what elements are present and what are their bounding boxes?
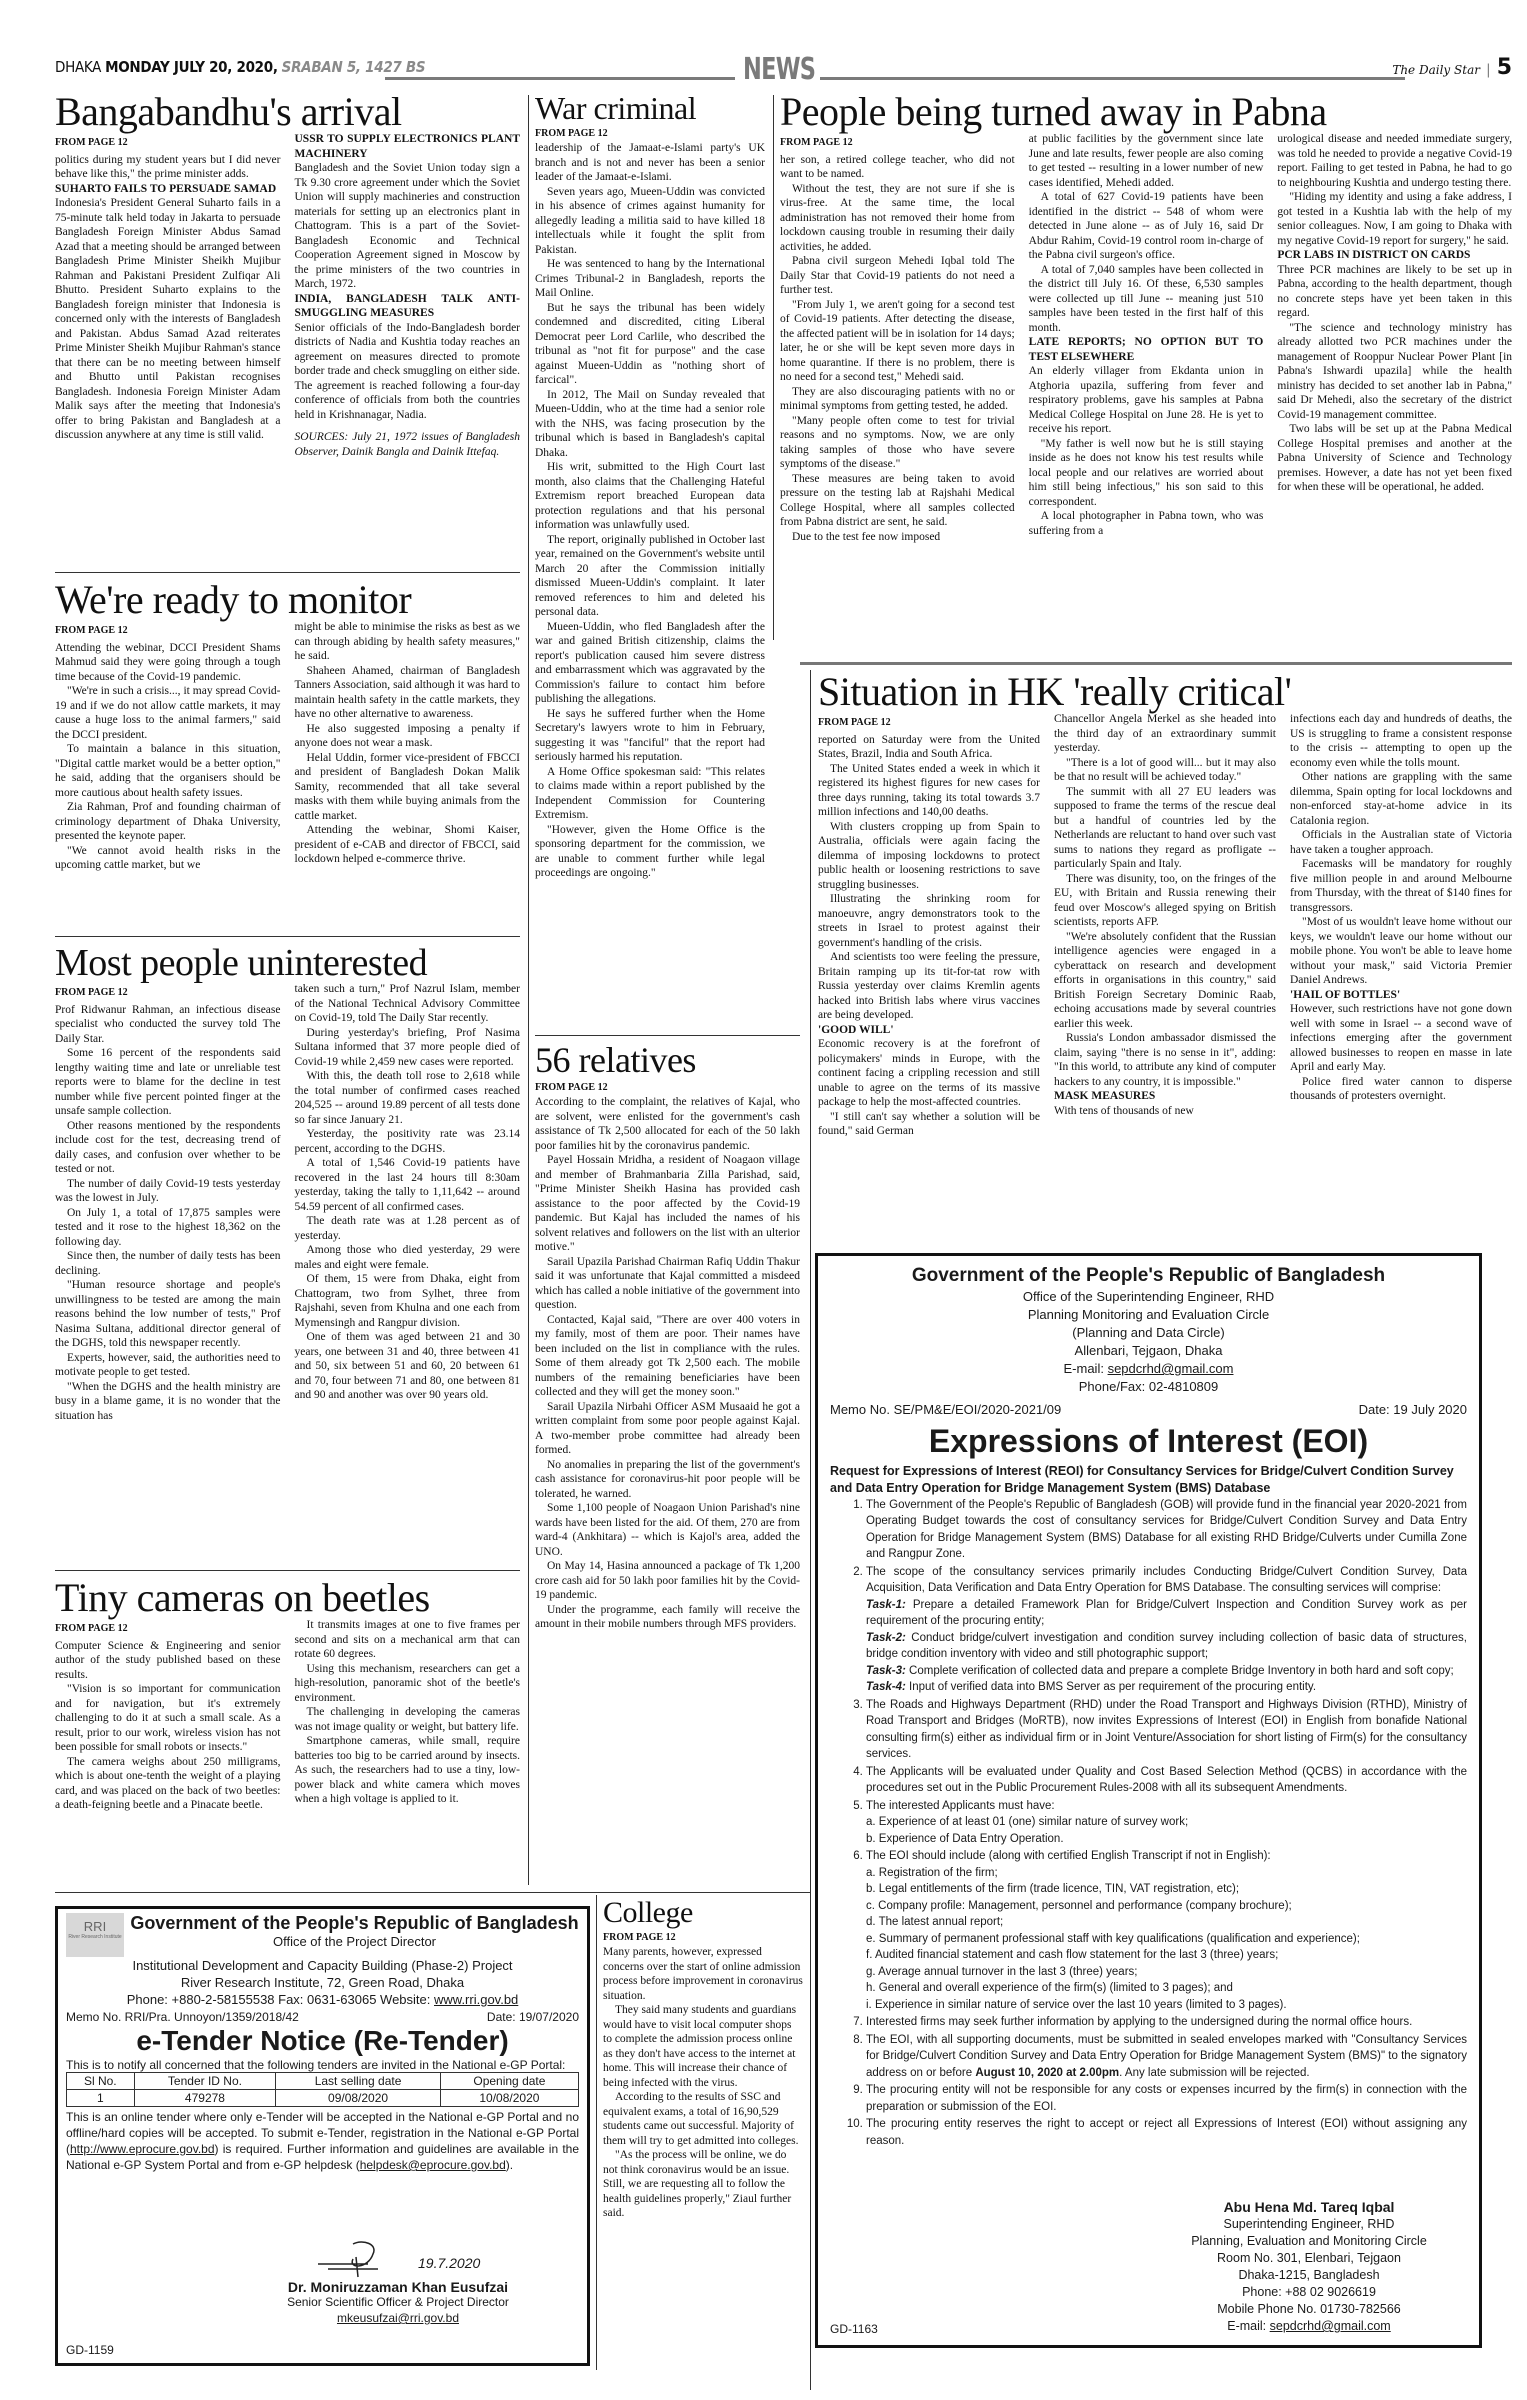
paragraph: Prof Ridwanur Rahman, an infectious dise…	[55, 1003, 281, 1047]
paragraph: Helal Uddin, former vice-president of FB…	[295, 751, 521, 824]
ad-code: GD-1163	[830, 2321, 878, 2338]
email-label: E-mail:	[1227, 2319, 1269, 2333]
paragraph: The challenging in developing the camera…	[295, 1705, 521, 1734]
paragraph: "There is a lot of good will... but it m…	[1054, 756, 1276, 785]
paragraph: One of them was aged between 21 and 30 y…	[295, 1330, 521, 1403]
signature-scribble: 19.7.2020	[268, 2239, 528, 2279]
article-bangabandhu: Bangabandhu's arrival FROM PAGE 12 polit…	[55, 92, 520, 459]
paragraph: "I still can't say whether a solution wi…	[818, 1110, 1040, 1139]
section-rule	[535, 1035, 800, 1036]
paragraph: Other nations are grappling with the sam…	[1290, 770, 1512, 828]
ad-circle: Planning Monitoring and Evaluation Circl…	[830, 1306, 1467, 1324]
sources-note: SOURCES: July 21, 1972 issues of Banglad…	[295, 430, 521, 459]
paragraph: They are also discouraging patients with…	[780, 385, 1015, 414]
paragraph: Under the programme, each family will re…	[535, 1603, 800, 1632]
paragraph: The summit with all 27 EU leaders was su…	[1054, 785, 1276, 872]
eoi-clause: The Applicants will be evaluated under Q…	[866, 1764, 1467, 1797]
table-header: Last selling date	[276, 2073, 440, 2090]
paragraph: "Human resource shortage and people's un…	[55, 1278, 281, 1351]
subheading: PCR LABS IN DISTRICT ON CARDS	[1277, 248, 1512, 263]
ad-contact: Phone: +880-2-58155538 Fax: 0631-63065 W…	[66, 1991, 579, 2008]
article-column: Chancellor Angela Merkel as she headed i…	[1054, 712, 1276, 1139]
task-item: Task-1: Prepare a detailed Framework Pla…	[866, 1597, 1467, 1630]
article-column: Many parents, however, expressed concern…	[603, 1945, 803, 2221]
paragraph: His writ, submitted to the High Court la…	[535, 460, 765, 533]
tender-table: Sl No. Tender ID No. Last selling date O…	[66, 2072, 579, 2107]
ad-body: This is an online tender where only e-Te…	[66, 2109, 579, 2173]
headline: People being turned away in Pabna	[780, 92, 1512, 132]
subheading: MASK MEASURES	[1054, 1089, 1276, 1104]
task-item: Task-2: Conduct bridge/culvert investiga…	[866, 1630, 1467, 1663]
paragraph: Computer Science & Engineering and senio…	[55, 1639, 281, 1683]
ad-title: Expressions of Interest (EOI)	[830, 1419, 1467, 1463]
from-page-label: FROM PAGE 12	[818, 716, 1040, 731]
column-rule	[596, 1895, 597, 2370]
article-column: USSR TO SUPPLY ELECTRONICS PLANT MACHINE…	[295, 132, 521, 459]
paragraph: Chancellor Angela Merkel as she headed i…	[1054, 712, 1276, 756]
task-text: Complete verification of collected data …	[906, 1665, 1454, 1677]
paragraph: The camera weighs about 250 milligrams, …	[55, 1755, 281, 1813]
requirement-item: b. Experience of Data Entry Operation.	[866, 1831, 1467, 1848]
section-rule	[55, 1892, 810, 1893]
paragraph: Due to the test fee now imposed	[780, 530, 1015, 545]
paragraph: "The science and technology ministry has…	[1277, 321, 1512, 423]
paragraph: Three PCR machines are likely to be set …	[1277, 263, 1512, 321]
paragraph: Indonesia's President General Suharto fa…	[55, 196, 281, 443]
masthead: DHAKA MONDAY JULY 20, 2020, SRABAN 5, 14…	[55, 58, 1512, 80]
signer-email: E-mail: sepdcrhd@gmail.com	[1179, 2318, 1439, 2335]
from-page-label: FROM PAGE 12	[780, 136, 1015, 151]
article-column: leadership of the Jamaat-e-Islami party'…	[535, 141, 765, 881]
masthead-rule-right	[820, 77, 1405, 80]
article-hk-critical: Situation in HK 'really critical' FROM P…	[818, 672, 1512, 1139]
section-rule	[55, 572, 520, 573]
table-cell: 1	[67, 2090, 135, 2107]
dateline-city: DHAKA	[55, 58, 101, 76]
memo-number: Memo No. RRI/Pra. Unnoyon/1359/2018/42	[66, 2010, 299, 2024]
headline: College	[603, 1898, 803, 1928]
from-page-label: FROM PAGE 12	[535, 1082, 800, 1093]
include-item: i. Experience in similar nature of servi…	[866, 1997, 1467, 2014]
paragraph: With tens of thousands of new	[1054, 1104, 1276, 1119]
paragraph: He also suggested imposing a penalty if …	[295, 722, 521, 751]
memo-row: Memo No. SE/PM&E/EOI/2020-2021/09 Date: …	[830, 1402, 1467, 1419]
paragraph: Police fired water cannon to disperse th…	[1290, 1075, 1512, 1104]
article-56-relatives: 56 relatives FROM PAGE 12 According to t…	[535, 1042, 800, 1632]
paragraph: "When the DGHS and the health ministry a…	[55, 1380, 281, 1424]
subheading: 'HAIL OF BOTTLES'	[1290, 988, 1512, 1003]
paragraph: To maintain a balance in this situation,…	[55, 742, 281, 800]
paragraph: "Hiding my identity and using a fake add…	[1277, 190, 1512, 248]
headline: Most people uninterested	[55, 944, 520, 982]
signer-email-link[interactable]: mkeusufzai@rri.gov.bd	[337, 2311, 459, 2325]
ad-office: Office of the Superintending Engineer, R…	[830, 1288, 1467, 1306]
ad-eoi-notice: Government of the People's Republic of B…	[815, 1253, 1482, 2348]
paragraph: "As the process will be online, we do no…	[603, 2148, 803, 2221]
paragraph: They said many students and guardians wo…	[603, 2003, 803, 2090]
paragraph: Contacted, Kajal said, "There are over 4…	[535, 1313, 800, 1400]
masthead-rule-left	[385, 77, 735, 80]
signature-block: Abu Hena Md. Tareq Iqbal Superintending …	[1179, 2199, 1439, 2335]
memo-date: Date: 19/07/2020	[487, 2010, 579, 2024]
article-most-people-uninterested: Most people uninterested FROM PAGE 12 Pr…	[55, 944, 520, 1423]
paragraph: With this, the death toll rose to 2,618 …	[295, 1069, 521, 1127]
include-item: b. Legal entitlements of the firm (trade…	[866, 1881, 1467, 1898]
helpdesk-email-link[interactable]: helpdesk@eprocure.gov.bd	[360, 2158, 506, 2172]
memo-row: Memo No. RRI/Pra. Unnoyon/1359/2018/42 D…	[66, 2010, 579, 2024]
eoi-clause: The scope of the consultancy services pr…	[866, 1564, 1467, 1696]
signer-name: Abu Hena Md. Tareq Iqbal	[1179, 2199, 1439, 2216]
paragraph: He says he suffered further when the Hom…	[535, 707, 765, 765]
subheading: INDIA, BANGLADESH TALK ANTI-SMUGGLING ME…	[295, 292, 521, 321]
table-header: Sl No.	[67, 2073, 135, 2090]
signature-date: 19.7.2020	[418, 2255, 480, 2271]
paragraph: A local photographer in Pabna town, who …	[1029, 509, 1264, 538]
paragraph: Officials in the Australian state of Vic…	[1290, 828, 1512, 857]
paragraph: Many parents, however, expressed concern…	[603, 1945, 803, 2003]
article-column: FROM PAGE 12 Prof Ridwanur Rahman, an in…	[55, 982, 281, 1423]
signer-email-link[interactable]: sepdcrhd@gmail.com	[1270, 2319, 1391, 2333]
section-rule	[800, 662, 1512, 665]
subheading: 'GOOD WILL'	[818, 1023, 1040, 1038]
paragraph: Sarail Upazila Parishad Chairman Rafiq U…	[535, 1255, 800, 1313]
paragraph: Mueen-Uddin, who fled Bangladesh after t…	[535, 620, 765, 707]
from-page-label: FROM PAGE 12	[55, 986, 281, 1001]
section-name: NEWS	[743, 52, 815, 87]
paragraph: No anomalies in preparing the list of th…	[535, 1458, 800, 1502]
table-cell: 479278	[134, 2090, 276, 2107]
ad-etender-notice: RRI River Research Institute Government …	[55, 1906, 590, 2366]
paragraph: An elderly villager from Ekdanta union i…	[1029, 364, 1264, 437]
paragraph: "My father is well now but he is still s…	[1029, 437, 1264, 510]
ad-sub-circle: (Planning and Data Circle)	[830, 1324, 1467, 1342]
column-rule	[773, 95, 774, 640]
paragraph: taken such a turn," Prof Nazrul Islam, m…	[295, 982, 521, 1026]
subheading: USSR TO SUPPLY ELECTRONICS PLANT MACHINE…	[295, 132, 521, 161]
article-column: FROM PAGE 12 Computer Science & Engineer…	[55, 1618, 281, 1813]
table-header: Tender ID No.	[134, 2073, 276, 2090]
paragraph: "Most of us wouldn't leave home without …	[1290, 915, 1512, 988]
paragraph: According to the results of SSC and equi…	[603, 2090, 803, 2148]
ad-code: GD-1159	[66, 2343, 114, 2357]
dateline-date: MONDAY JULY 20, 2020,	[105, 58, 278, 76]
article-column: It transmits images at one to five frame…	[295, 1618, 521, 1813]
task-item: Task-3: Complete verification of collect…	[866, 1663, 1467, 1680]
headline: Tiny cameras on beetles	[55, 1578, 520, 1618]
article-column: FROM PAGE 12 Attending the webinar, DCCI…	[55, 620, 281, 873]
headline: 56 relatives	[535, 1042, 800, 1078]
paragraph: The death rate was at 1.28 percent as of…	[295, 1214, 521, 1243]
column-rule	[528, 95, 529, 1885]
article-column: According to the complaint, the relative…	[535, 1095, 800, 1632]
article-column: taken such a turn," Prof Nazrul Islam, m…	[295, 982, 521, 1423]
article-column: at public facilities by the government s…	[1029, 132, 1264, 544]
task-label: Task-2:	[866, 1632, 906, 1644]
paragraph: Other reasons mentioned by the responden…	[55, 1119, 281, 1177]
task-text: Conduct bridge/culvert investigation and…	[866, 1632, 1467, 1661]
table-cell: 09/08/2020	[276, 2090, 440, 2107]
paragraph: her son, a retired college teacher, who …	[780, 153, 1015, 182]
paragraph: Of them, 15 were from Dhaka, eight from …	[295, 1272, 521, 1330]
website-link[interactable]: www.rri.gov.bd	[434, 1992, 518, 2007]
paragraph: "From July 1, we aren't going for a seco…	[780, 298, 1015, 385]
paragraph: at public facilities by the government s…	[1029, 132, 1264, 190]
eoi-clauses: The Government of the People's Republic …	[830, 1497, 1467, 2150]
ad-body-text: ).	[506, 2158, 513, 2172]
paragraph: Payel Hossain Mridha, a resident of Noag…	[535, 1153, 800, 1255]
article-college: College FROM PAGE 12 Many parents, howev…	[603, 1898, 803, 2221]
paragraph: However, such restrictions have not gone…	[1290, 1002, 1512, 1075]
rri-logo-caption: River Research Institute	[66, 1934, 124, 1940]
paragraph: A Home Office spokesman said: "This rela…	[535, 765, 765, 823]
paragraph: Since then, the number of daily tests ha…	[55, 1249, 281, 1278]
ad-gov-title: Government of the People's Republic of B…	[830, 1264, 1467, 1288]
paragraph: On May 14, Hasina announced a package of…	[535, 1559, 800, 1603]
paragraph: Zia Rahman, Prof and founding chairman o…	[55, 800, 281, 844]
headline: Bangabandhu's arrival	[55, 92, 520, 132]
paragraph: "We cannot avoid health risks in the upc…	[55, 844, 281, 873]
paragraph: On July 1, a total of 17,875 samples wer…	[55, 1206, 281, 1250]
ad-phone: Phone/Fax: 02-4810809	[830, 1378, 1467, 1396]
eoi-clause: The interested Applicants must have: a. …	[866, 1798, 1467, 1848]
paragraph: might be able to minimise the risks as b…	[295, 620, 521, 664]
signer-line: Room No. 301, Elenbari, Tejgaon	[1179, 2250, 1439, 2267]
task-text: Input of verified data into BMS Server a…	[906, 1681, 1316, 1693]
paragraph: Economic recovery is at the forefront of…	[818, 1037, 1040, 1110]
paragraph: There was disunity, too, on the fringes …	[1054, 872, 1276, 930]
paragraph: The number of daily Covid-19 tests yeste…	[55, 1177, 281, 1206]
signer-name: Dr. Moniruzzaman Khan Eusufzai	[268, 2279, 528, 2295]
from-page-label: FROM PAGE 12	[55, 1622, 281, 1637]
paragraph: Sarail Upazila Nirbahi Officer ASM Musaa…	[535, 1400, 800, 1458]
eoi-clause-text: The EOI should include (along with certi…	[866, 1850, 1271, 1862]
section-rule	[55, 1570, 520, 1571]
task-label: Task-1:	[866, 1599, 906, 1611]
column-rule	[810, 670, 811, 2390]
signer-line: Superintending Engineer, RHD	[1179, 2216, 1439, 2233]
signer-title: Senior Scientific Officer & Project Dire…	[268, 2295, 528, 2309]
requirement-item: a. Experience of at least 01 (one) simil…	[866, 1814, 1467, 1831]
paragraph: These measures are being taken to avoid …	[780, 472, 1015, 530]
article-column: FROM PAGE 12 reported on Saturday were f…	[818, 712, 1040, 1139]
paragraph: "Many people often come to test for triv…	[780, 414, 1015, 472]
paragraph: Illustrating the shrinking room for mano…	[818, 892, 1040, 950]
paragraph: In 2012, The Mail on Sunday revealed tha…	[535, 388, 765, 461]
article-war-criminal: War criminal FROM PAGE 12 leadership of …	[535, 92, 765, 881]
signer-line: Planning, Evaluation and Monitoring Circ…	[1179, 2233, 1439, 2250]
article-column: FROM PAGE 12 her son, a retired college …	[780, 132, 1015, 544]
from-page-label: FROM PAGE 12	[535, 128, 765, 139]
signer-line: Phone: +88 02 9026619	[1179, 2284, 1439, 2301]
paragraph: Seven years ago, Mueen-Uddin was convict…	[535, 185, 765, 258]
headline: Situation in HK 'really critical'	[818, 672, 1512, 712]
memo-number: Memo No. SE/PM&E/EOI/2020-2021/09	[830, 1402, 1061, 1419]
paragraph: urological disease and needed immediate …	[1277, 132, 1512, 190]
article-column: might be able to minimise the risks as b…	[295, 620, 521, 873]
signer-line: Mobile Phone No. 01730-782566	[1179, 2301, 1439, 2318]
article-column: urological disease and needed immediate …	[1277, 132, 1512, 544]
eoi-clause: The procuring entity will not be respons…	[866, 2082, 1467, 2115]
include-item: h. General and overall experience of the…	[866, 1980, 1467, 1997]
email-label: E-mail:	[1064, 1361, 1108, 1376]
daily-star-logo: The Daily Star	[1392, 63, 1480, 77]
include-item: a. Registration of the firm;	[866, 1865, 1467, 1882]
article-ready-to-monitor: We're ready to monitor FROM PAGE 12 Atte…	[55, 580, 520, 873]
ad-intro: This is to notify all concerned that the…	[66, 2058, 579, 2072]
include-item: g. Average annual turnover in the last 3…	[866, 1964, 1467, 1981]
paragraph: A total of 627 Covid-19 patients have be…	[1029, 190, 1264, 263]
paragraph: Senior officials of the Indo-Bangladesh …	[295, 321, 521, 423]
headline: We're ready to monitor	[55, 580, 520, 620]
eoi-clause-text: The interested Applicants must have:	[866, 1800, 1055, 1812]
paragraph: Attending the webinar, DCCI President Sh…	[55, 641, 281, 685]
paragraph: Smartphone cameras, while small, require…	[295, 1734, 521, 1807]
paragraph: politics during my student years but I d…	[55, 153, 281, 182]
eoi-clause: The Roads and Highways Department (RHD) …	[866, 1697, 1467, 1763]
eoi-clause-text: . Any late submission will be rejected.	[1119, 2067, 1309, 2079]
paragraph: Russia's London ambassador dismissed the…	[1054, 1031, 1276, 1089]
article-tiny-cameras-beetles: Tiny cameras on beetles FROM PAGE 12 Com…	[55, 1578, 520, 1813]
paragraph: Experts, however, said, the authorities …	[55, 1351, 281, 1380]
ad-address: Allenbari, Tejgaon, Dhaka	[830, 1342, 1467, 1360]
paper-brand: The Daily Star|5	[1392, 55, 1512, 80]
memo-date: Date: 19 July 2020	[1359, 1402, 1467, 1419]
include-item: c. Company profile: Management, personne…	[866, 1898, 1467, 1915]
paragraph: "We're in such a crisis..., it may sprea…	[55, 684, 281, 742]
include-item: e. Summary of permanent professional sta…	[866, 1931, 1467, 1948]
table-row: 1 479278 09/08/2020 10/08/2020	[67, 2090, 579, 2107]
paragraph: Some 1,100 people of Noagaon Union Paris…	[535, 1501, 800, 1559]
article-pabna: People being turned away in Pabna FROM P…	[780, 92, 1512, 544]
include-item: d. The latest annual report;	[866, 1914, 1467, 1931]
ad-office: Office of the Project Director	[130, 1934, 579, 1949]
paragraph: "However, given the Home Office is the s…	[535, 823, 765, 881]
eoi-clause: The EOI should include (along with certi…	[866, 1848, 1467, 2013]
rri-logo: RRI River Research Institute	[66, 1913, 124, 1957]
include-item: f. Audited financial statement and cash …	[866, 1947, 1467, 1964]
paragraph: According to the complaint, the relative…	[535, 1095, 800, 1153]
page-number: 5	[1497, 55, 1512, 80]
from-page-label: FROM PAGE 12	[55, 136, 281, 151]
ad-subtitle: Request for Expressions of Interest (REO…	[830, 1463, 1467, 1497]
paragraph: "We're absolutely confident that the Rus…	[1054, 930, 1276, 1032]
ad-contact-text: Phone: +880-2-58155538 Fax: 0631-63065 W…	[127, 1992, 434, 2007]
from-page-label: FROM PAGE 12	[603, 1932, 803, 1943]
paragraph: reported on Saturday were from the Unite…	[818, 733, 1040, 762]
paragraph: Among those who died yesterday, 29 were …	[295, 1243, 521, 1272]
signature-block: 19.7.2020 Dr. Moniruzzaman Khan Eusufzai…	[268, 2239, 528, 2327]
table-header: Opening date	[440, 2073, 578, 2090]
paragraph: Some 16 percent of the respondents said …	[55, 1046, 281, 1119]
email-link[interactable]: sepdcrhd@gmail.com	[1108, 1361, 1234, 1376]
ad-gov-title: Government of the People's Republic of B…	[130, 1913, 579, 1934]
paragraph: A total of 7,040 samples have been colle…	[1029, 263, 1264, 336]
paragraph: Bangladesh and the Soviet Union today si…	[295, 161, 521, 292]
paragraph: He was sentenced to hang by the Internat…	[535, 257, 765, 301]
paragraph: infections each day and hundreds of deat…	[1290, 712, 1512, 770]
article-column: FROM PAGE 12 politics during my student …	[55, 132, 281, 459]
signer-line: Dhaka-1215, Bangladesh	[1179, 2267, 1439, 2284]
article-column: infections each day and hundreds of deat…	[1290, 712, 1512, 1139]
ad-title: e-Tender Notice (Re-Tender)	[66, 2024, 579, 2058]
paragraph: Using this mechanism, researchers can ge…	[295, 1662, 521, 1706]
section-rule	[55, 936, 520, 937]
task-label: Task-4:	[866, 1681, 906, 1693]
paragraph: The report, originally published in Octo…	[535, 533, 765, 620]
task-item: Task-4: Input of verified data into BMS …	[866, 1679, 1467, 1696]
paragraph: It transmits images at one to five frame…	[295, 1618, 521, 1662]
paragraph: And scientists too were feeling the pres…	[818, 950, 1040, 1023]
paragraph: With clusters cropping up from Spain to …	[818, 820, 1040, 893]
paragraph: Yesterday, the positivity rate was 23.14…	[295, 1127, 521, 1156]
paragraph: Without the test, they are not sure if s…	[780, 182, 1015, 255]
paragraph: A total of 1,546 Covid-19 patients have …	[295, 1156, 521, 1214]
paragraph: The United States ended a week in which …	[818, 762, 1040, 820]
eoi-clause: The EOI, with all supporting documents, …	[866, 2032, 1467, 2082]
paragraph: Two labs will be set up at the Pabna Med…	[1277, 422, 1512, 495]
eoi-clause: Interested firms may seek further inform…	[866, 2014, 1467, 2031]
subheading: SUHARTO FAILS TO PERSUADE SAMAD	[55, 182, 281, 197]
paragraph: Attending the webinar, Shomi Kaiser, pre…	[295, 823, 521, 867]
ad-address: River Research Institute, 72, Green Road…	[66, 1974, 579, 1991]
paragraph: leadership of the Jamaat-e-Islami party'…	[535, 141, 765, 185]
eoi-clause: The procuring entity reserves the right …	[866, 2116, 1467, 2149]
eprocure-link[interactable]: http://www.eprocure.gov.bd	[70, 2142, 215, 2156]
ad-header: RRI River Research Institute Government …	[66, 1913, 579, 1957]
headline: War criminal	[535, 92, 765, 124]
eoi-clause-text: The scope of the consultancy services pr…	[866, 1566, 1467, 1595]
eoi-clause: The Government of the People's Republic …	[866, 1497, 1467, 1563]
paragraph: Pabna civil surgeon Mehedi Iqbal told Th…	[780, 254, 1015, 298]
from-page-label: FROM PAGE 12	[55, 624, 281, 639]
dateline-bangla-date: SRABAN 5, 1427 BS	[282, 58, 426, 76]
table-cell: 10/08/2020	[440, 2090, 578, 2107]
dateline: DHAKA MONDAY JULY 20, 2020, SRABAN 5, 14…	[55, 58, 425, 76]
submission-deadline: August 10, 2020 at 2.00pm	[975, 2067, 1119, 2079]
paragraph: During yesterday's briefing, Prof Nasima…	[295, 1026, 521, 1070]
paragraph: "Vision is so important for communicatio…	[55, 1682, 281, 1755]
paragraph: Shaheen Ahamed, chairman of Bangladesh T…	[295, 664, 521, 722]
ad-project: Institutional Development and Capacity B…	[66, 1957, 579, 1974]
ad-email: E-mail: sepdcrhd@gmail.com	[830, 1360, 1467, 1378]
subheading: LATE REPORTS; NO OPTION BUT TO TEST ELSE…	[1029, 335, 1264, 364]
paragraph: Facemasks will be mandatory for roughly …	[1290, 857, 1512, 915]
task-text: Prepare a detailed Framework Plan for Br…	[866, 1599, 1467, 1628]
task-label: Task-3:	[866, 1665, 906, 1677]
rri-logo-text: RRI	[66, 1913, 124, 1934]
paragraph: But he says the tribunal has been widely…	[535, 301, 765, 388]
